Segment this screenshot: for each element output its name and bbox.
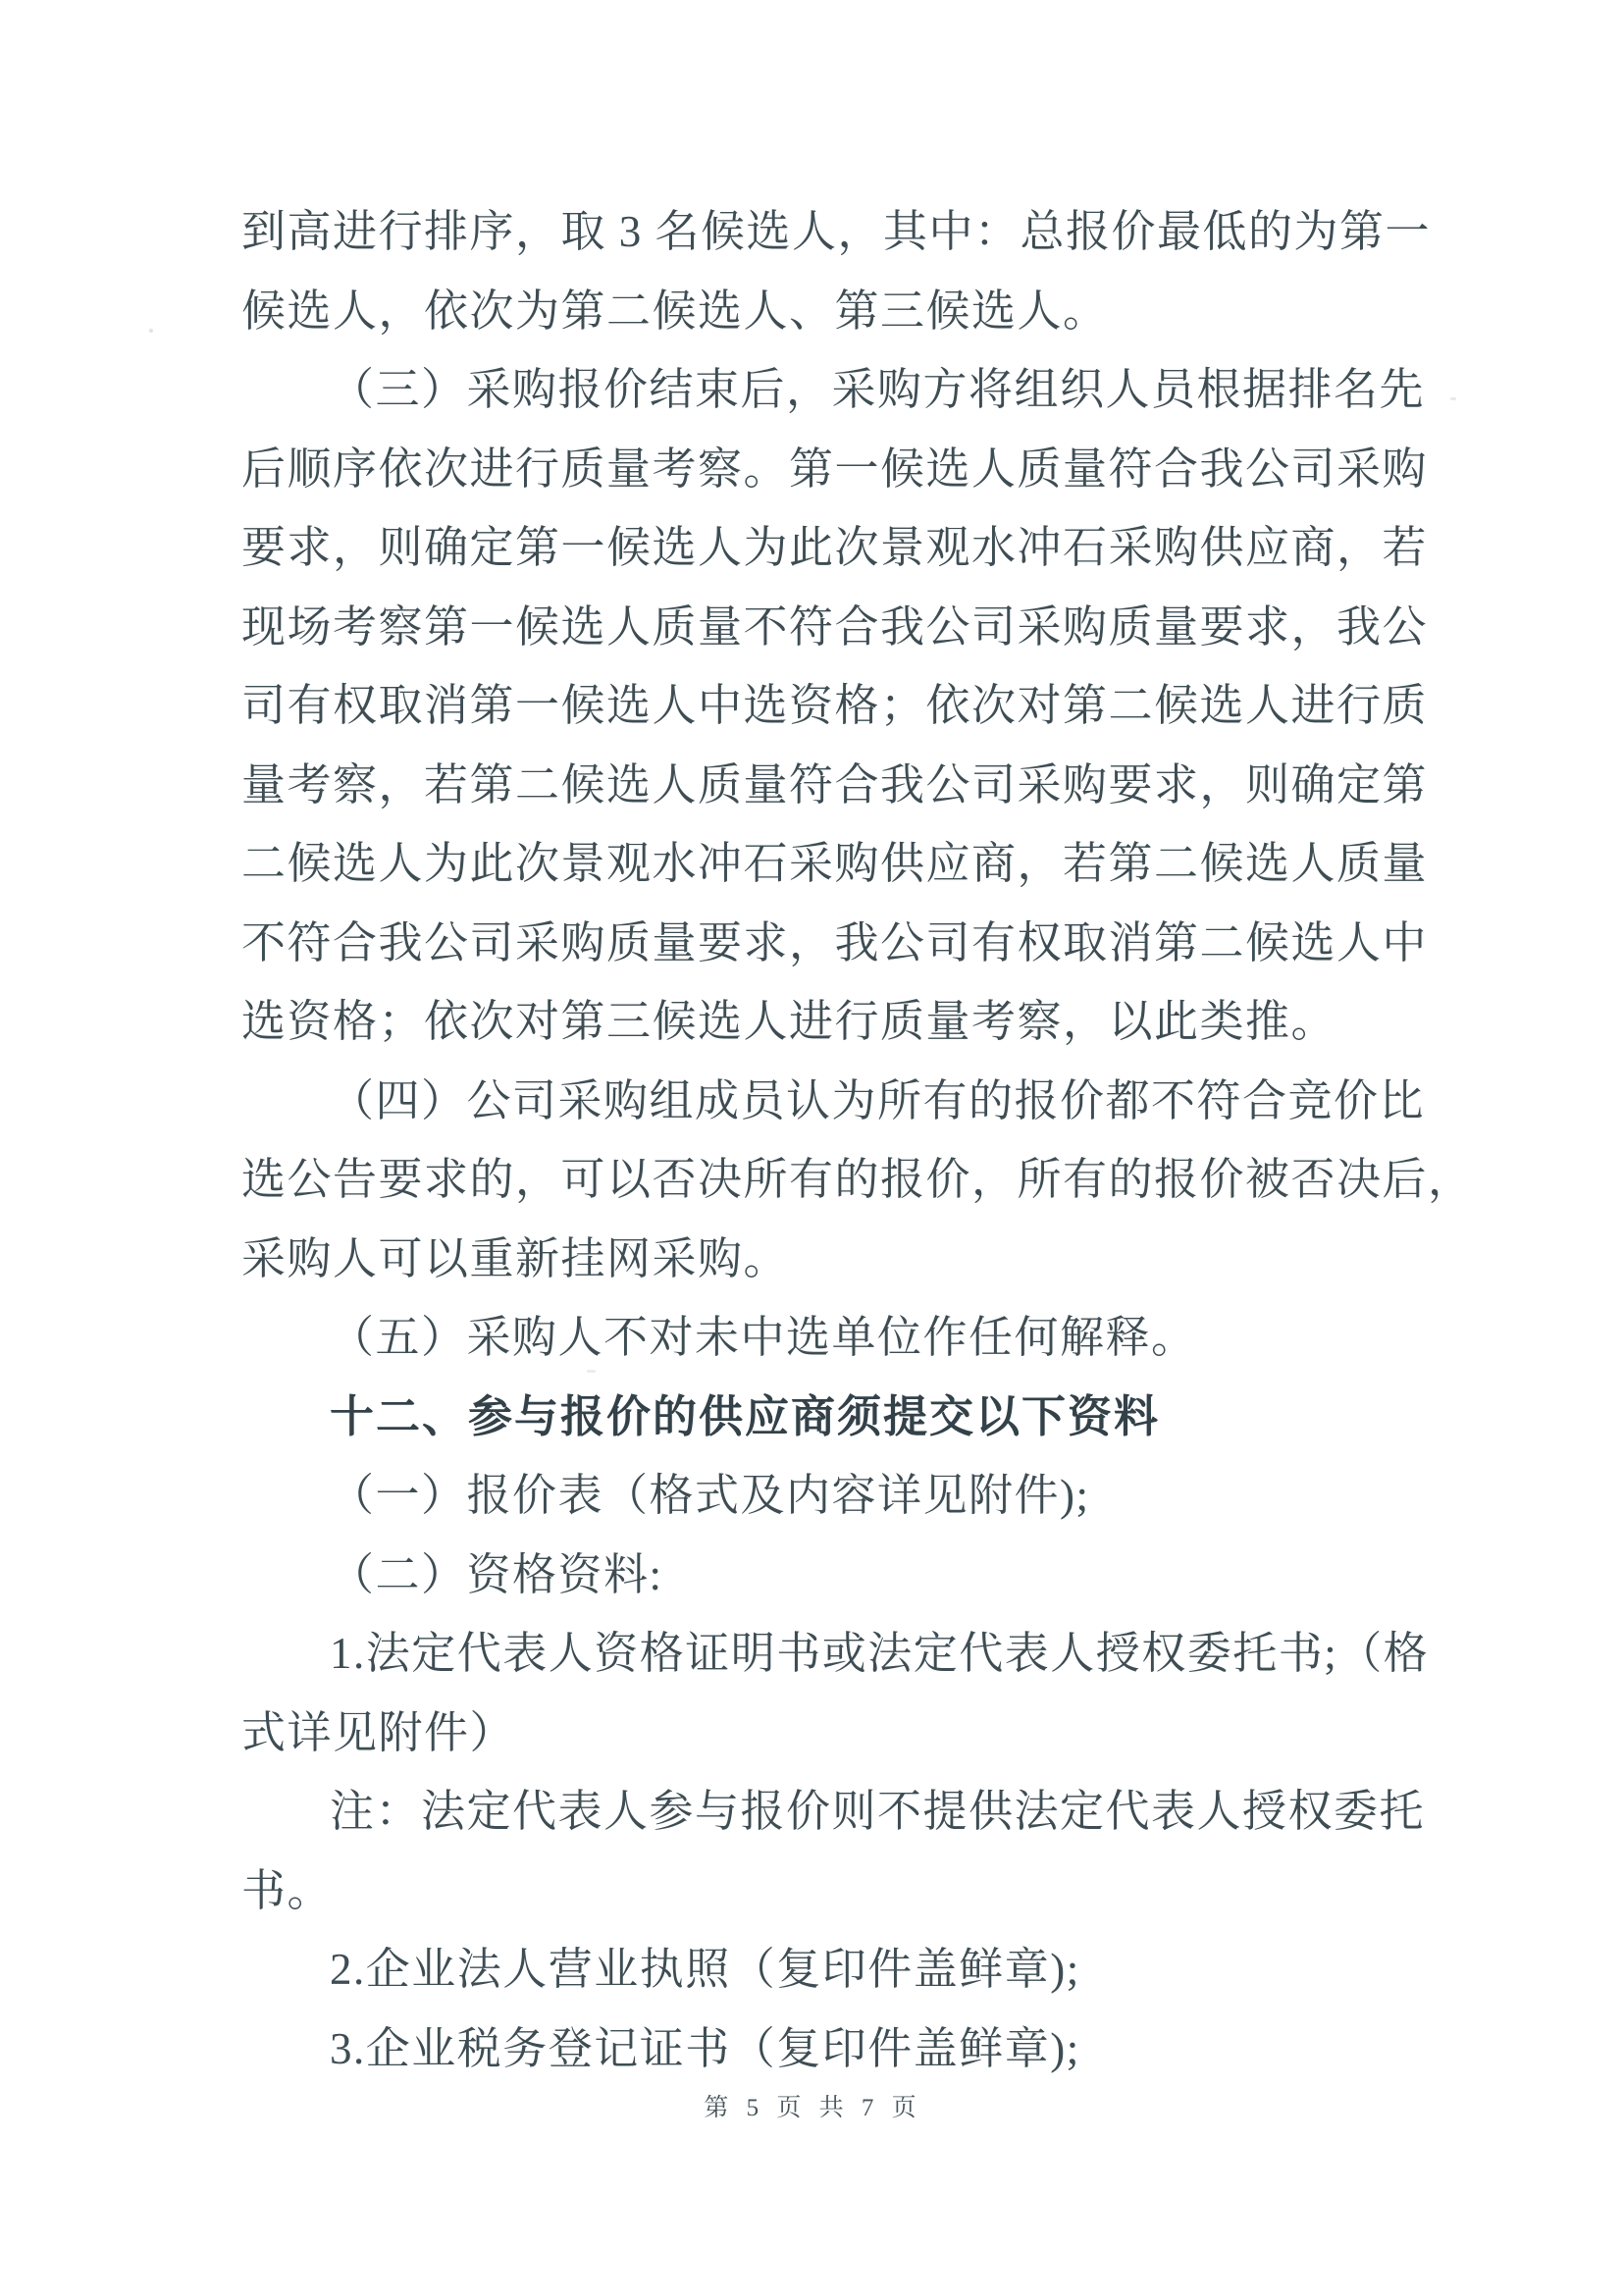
page-number: 第 5 页 共 7 页 — [0, 2088, 1623, 2123]
text-line: 不符合我公司采购质量要求，我公司有权取消第二候选人中 — [241, 904, 1380, 983]
text-line: 司有权取消第一候选人中选资格；依次对第二候选人进行质 — [241, 666, 1380, 746]
text-line: 要求，则确定第一候选人为此次景观水冲石采购供应商，若 — [241, 508, 1380, 588]
text-line: 候选人，依次为第二候选人、第三候选人。 — [241, 272, 1380, 351]
document-body: 到高进行排序，取 3 名候选人，其中：总报价最低的为第一 候选人，依次为第二候选… — [241, 192, 1380, 2088]
text-line: 选资格；依次对第三候选人进行质量考察，以此类推。 — [241, 982, 1380, 1062]
text-line: 2.企业法人营业执照（复印件盖鲜章); — [241, 1930, 1380, 2009]
text-line: 式详见附件） — [241, 1694, 1380, 1773]
text-line: 后顺序依次进行质量考察。第一候选人质量符合我公司采购 — [241, 430, 1380, 509]
text-line: （一）报价表（格式及内容详见附件); — [241, 1456, 1380, 1536]
text-line: 二候选人为此次景观水冲石采购供应商，若第二候选人质量 — [241, 824, 1380, 904]
section-heading: 十二、参与报价的供应商须提交以下资料 — [241, 1378, 1380, 1457]
text-line: （二）资格资料: — [241, 1536, 1380, 1615]
text-line: （四）公司采购组成员认为所有的报价都不符合竞价比 — [241, 1062, 1380, 1141]
text-line: 选公告要求的，可以否决所有的报价，所有的报价被否决后， — [241, 1140, 1380, 1220]
text-line: 1.法定代表人资格证明书或法定代表人授权委托书;（格 — [241, 1614, 1380, 1694]
scan-artifact — [1450, 397, 1456, 400]
text-line: 到高进行排序，取 3 名候选人，其中：总报价最低的为第一 — [241, 192, 1380, 272]
text-line: 采购人可以重新挂网采购。 — [241, 1220, 1380, 1299]
text-line: 3.企业税务登记证书（复印件盖鲜章); — [241, 2009, 1380, 2089]
scan-artifact — [587, 1370, 596, 1373]
scanned-document-page: 到高进行排序，取 3 名候选人，其中：总报价最低的为第一 候选人，依次为第二候选… — [0, 0, 1623, 2296]
text-line: 量考察，若第二候选人质量符合我公司采购要求，则确定第 — [241, 746, 1380, 825]
text-line: 书。 — [241, 1852, 1380, 1931]
text-line: （三）采购报价结束后，采购方将组织人员根据排名先 — [241, 350, 1380, 430]
text-line: （五）采购人不对未中选单位作任何解释。 — [241, 1298, 1380, 1378]
scan-artifact — [149, 329, 153, 333]
text-line: 现场考察第一候选人质量不符合我公司采购质量要求，我公 — [241, 588, 1380, 667]
text-line: 注：法定代表人参与报价则不提供法定代表人授权委托 — [241, 1772, 1380, 1852]
